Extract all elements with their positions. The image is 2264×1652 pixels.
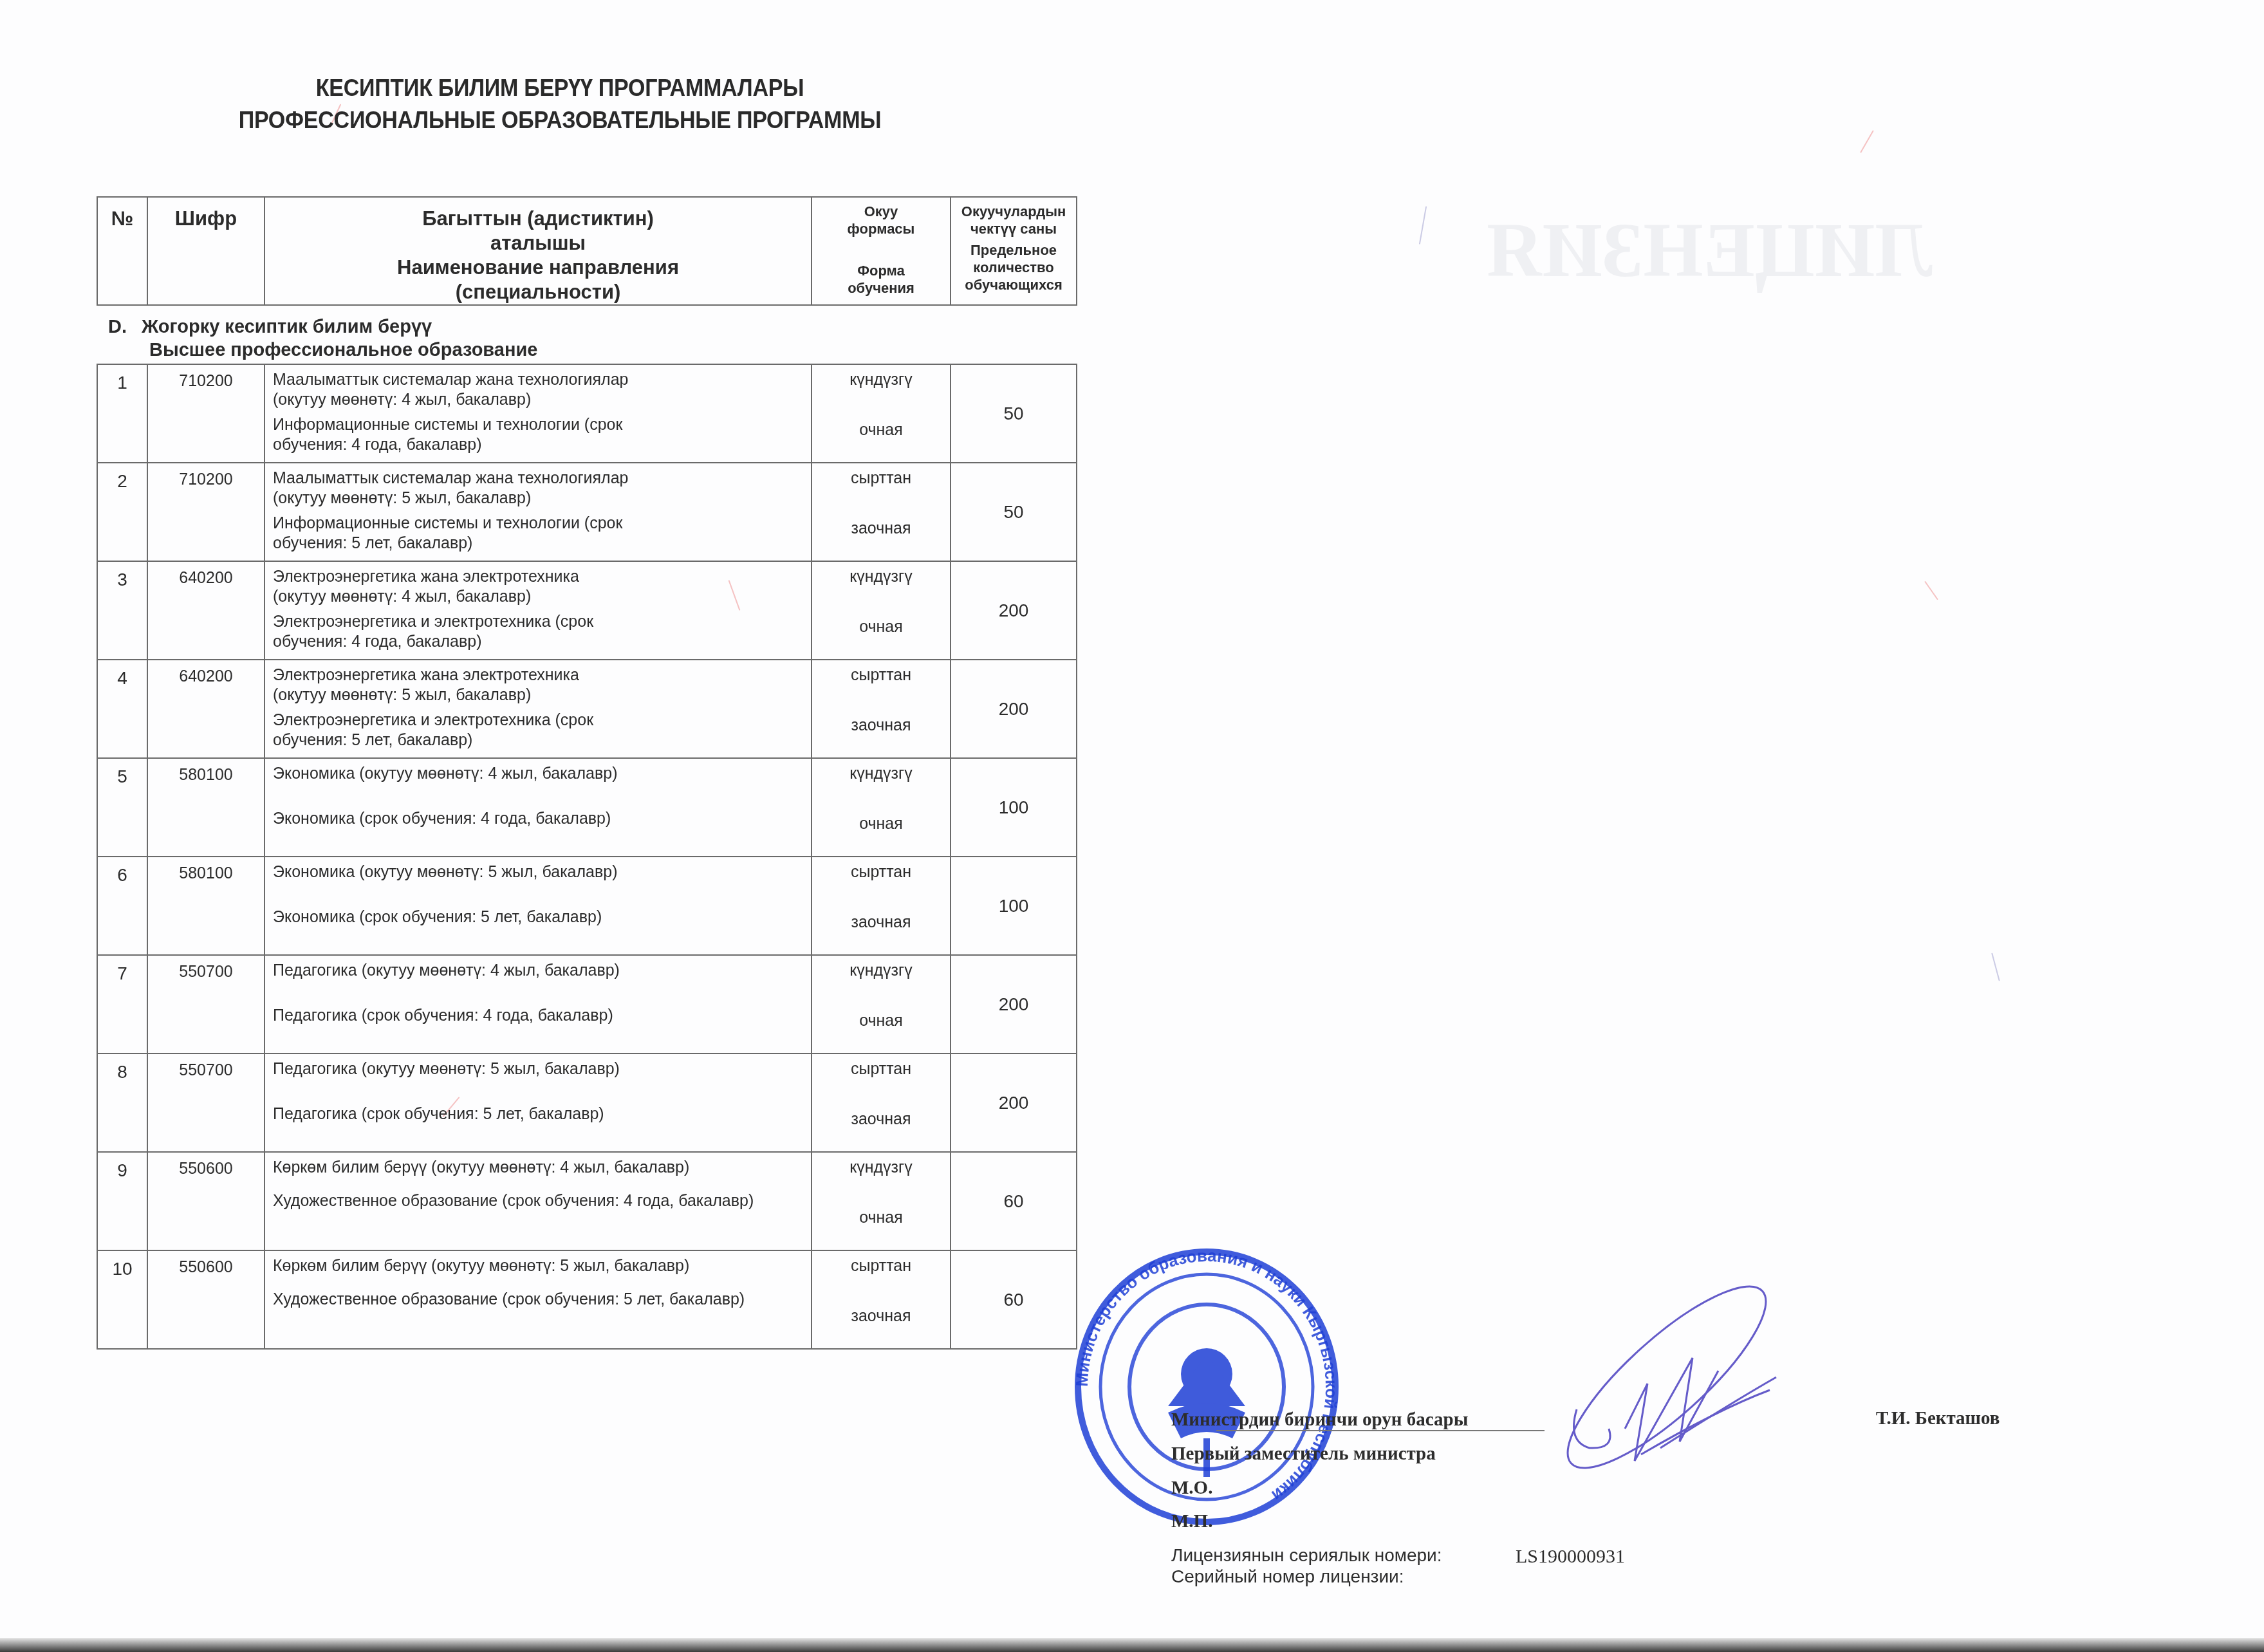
row-quantity: 200 xyxy=(951,660,1077,758)
handwritten-signature xyxy=(1564,1281,1834,1474)
row-number: 1 xyxy=(97,364,147,463)
form-russian: заочная xyxy=(812,913,950,933)
form-russian: заочная xyxy=(812,1306,950,1326)
name-russian: Информационные системы и технологии (сро… xyxy=(273,415,633,455)
row-name: Көркөм билим берүү (окутуу мөөнөтү: 5 жы… xyxy=(264,1250,812,1349)
form-russian: очная xyxy=(812,617,950,637)
row-cipher: 580100 xyxy=(147,758,264,857)
license-label-ru: Серийный номер лицензии: xyxy=(1171,1566,1442,1587)
header-quantity: Окуучулардын чектүү саны Предельное коли… xyxy=(951,197,1077,305)
row-form: күндүзгүочная xyxy=(812,561,951,660)
form-kyrgyz: күндүзгү xyxy=(812,961,950,981)
row-form: сырттанзаочная xyxy=(812,463,951,561)
form-russian: заочная xyxy=(812,1109,950,1129)
row-cipher: 710200 xyxy=(147,364,264,463)
row-number: 2 xyxy=(97,463,147,561)
show-through-text: ЛИЦЕНЗИЯ xyxy=(1487,206,1933,295)
name-kyrgyz: Электроэнергетика жана электротехника (о… xyxy=(273,567,633,607)
license-label: Лицензиянын сериялык номери: Серийный но… xyxy=(1171,1545,1442,1587)
row-cipher: 550600 xyxy=(147,1152,264,1250)
signer-name: Т.И. Бекташов xyxy=(1876,1408,2000,1429)
row-form: сырттанзаочная xyxy=(812,857,951,955)
seal-mark-ru: М.П. xyxy=(1171,1511,1212,1532)
row-number: 5 xyxy=(97,758,147,857)
license-serial-number: LS190000931 xyxy=(1516,1546,1625,1568)
scan-edge xyxy=(0,1638,2264,1652)
name-russian: Художественное образование (срок обучени… xyxy=(273,1290,762,1310)
document-title: КЕСИПТИК БИЛИМ БЕРҮҮ ПРОГРАММАЛАРЫ ПРОФЕ… xyxy=(45,72,1075,136)
title-kyrgyz: КЕСИПТИК БИЛИМ БЕРҮҮ ПРОГРАММАЛАРЫ xyxy=(45,72,1075,104)
row-quantity: 100 xyxy=(951,758,1077,857)
row-quantity: 200 xyxy=(951,955,1077,1053)
row-number: 6 xyxy=(97,857,147,955)
row-cipher: 550700 xyxy=(147,1053,264,1152)
form-russian: заочная xyxy=(812,716,950,736)
row-cipher: 550700 xyxy=(147,955,264,1053)
row-name: Экономика (окутуу мөөнөтү: 5 жыл, бакала… xyxy=(264,857,812,955)
title-russian: ПРОФЕССИОНАЛЬНЫЕ ОБРАЗОВАТЕЛЬНЫЕ ПРОГРАМ… xyxy=(45,104,1075,136)
row-name: Маалыматтык системалар жана технологияла… xyxy=(264,463,812,561)
form-kyrgyz: күндүзгү xyxy=(812,370,950,390)
form-kyrgyz: сырттан xyxy=(812,1059,950,1079)
section-heading: D.Жогорку кесиптик билим берүү Высшее пр… xyxy=(97,315,537,362)
form-russian: заочная xyxy=(812,519,950,539)
row-number: 8 xyxy=(97,1053,147,1152)
row-quantity: 100 xyxy=(951,857,1077,955)
form-kyrgyz: күндүзгү xyxy=(812,764,950,784)
form-kyrgyz: сырттан xyxy=(812,665,950,685)
row-form: сырттанзаочная xyxy=(812,1053,951,1152)
signer-position-ru: Первый заместитель министра xyxy=(1171,1443,1436,1465)
row-cipher: 580100 xyxy=(147,857,264,955)
row-quantity: 50 xyxy=(951,364,1077,463)
name-kyrgyz: Экономика (окутуу мөөнөтү: 4 жыл, бакала… xyxy=(273,764,806,784)
name-kyrgyz: Маалыматтык системалар жана технологияла… xyxy=(273,370,633,410)
section-title-ru: Высшее профессиональное образование xyxy=(97,339,537,362)
programs-table-header: № Шифр Багыттын (адистиктин) аталышы Наи… xyxy=(97,196,1077,306)
table-row: 7550700Педагогика (окутуу мөөнөтү: 4 жыл… xyxy=(97,955,1077,1053)
name-russian: Педагогика (срок обучения: 5 лет, бакала… xyxy=(273,1104,806,1124)
name-kyrgyz: Экономика (окутуу мөөнөтү: 5 жыл, бакала… xyxy=(273,862,806,882)
row-number: 9 xyxy=(97,1152,147,1250)
form-russian: очная xyxy=(812,1011,950,1031)
section-code: D. xyxy=(97,315,142,339)
row-number: 10 xyxy=(97,1250,147,1349)
row-form: күндүзгүочная xyxy=(812,364,951,463)
row-name: Маалыматтык системалар жана технологияла… xyxy=(264,364,812,463)
name-kyrgyz: Педагогика (окутуу мөөнөтү: 5 жыл, бакал… xyxy=(273,1059,806,1079)
table-row: 2710200Маалыматтык системалар жана техно… xyxy=(97,463,1077,561)
programs-table: 1710200Маалыматтык системалар жана техно… xyxy=(97,364,1077,1350)
row-quantity: 200 xyxy=(951,1053,1077,1152)
row-number: 7 xyxy=(97,955,147,1053)
header-name: Багыттын (адистиктин) аталышы Наименован… xyxy=(264,197,812,305)
row-form: сырттанзаочная xyxy=(812,1250,951,1349)
table-row: 10550600Көркөм билим берүү (окутуу мөөнө… xyxy=(97,1250,1077,1349)
row-quantity: 50 xyxy=(951,463,1077,561)
row-form: күндүзгүочная xyxy=(812,758,951,857)
row-quantity: 60 xyxy=(951,1250,1077,1349)
name-russian: Педагогика (срок обучения: 4 года, бакал… xyxy=(273,1006,806,1026)
form-kyrgyz: сырттан xyxy=(812,862,950,882)
name-kyrgyz: Педагогика (окутуу мөөнөтү: 4 жыл, бакал… xyxy=(273,961,806,981)
signature-line xyxy=(1216,1430,1545,1431)
row-number: 3 xyxy=(97,561,147,660)
table-row: 8550700Педагогика (окутуу мөөнөтү: 5 жыл… xyxy=(97,1053,1077,1152)
name-kyrgyz: Көркөм билим берүү (окутуу мөөнөтү: 5 жы… xyxy=(273,1256,806,1276)
form-russian: очная xyxy=(812,420,950,440)
table-row: 4640200Электроэнергетика жана электротех… xyxy=(97,660,1077,758)
form-kyrgyz: күндүзгү xyxy=(812,1158,950,1178)
form-kyrgyz: күндүзгү xyxy=(812,567,950,587)
name-russian: Электроэнергетика и электротехника (срок… xyxy=(273,612,633,652)
row-name: Экономика (окутуу мөөнөтү: 4 жыл, бакала… xyxy=(264,758,812,857)
table-row: 9550600Көркөм билим берүү (окутуу мөөнөт… xyxy=(97,1152,1077,1250)
row-quantity: 200 xyxy=(951,561,1077,660)
table-row: 1710200Маалыматтык системалар жана техно… xyxy=(97,364,1077,463)
signer-position-ky: Министрдин биринчи орун басары xyxy=(1171,1409,1468,1431)
header-form: Окуу формасы Форма обучения xyxy=(812,197,951,305)
form-kyrgyz: сырттан xyxy=(812,469,950,488)
license-label-ky: Лицензиянын сериялык номери: xyxy=(1171,1545,1442,1566)
name-russian: Электроэнергетика и электротехника (срок… xyxy=(273,710,633,750)
section-title-ky: Жогорку кесиптик билим берүү xyxy=(142,317,432,337)
table-row: 3640200Электроэнергетика жана электротех… xyxy=(97,561,1077,660)
row-form: күндүзгүочная xyxy=(812,955,951,1053)
form-kyrgyz: сырттан xyxy=(812,1256,950,1276)
form-russian: очная xyxy=(812,814,950,834)
row-name: Педагогика (окутуу мөөнөтү: 5 жыл, бакал… xyxy=(264,1053,812,1152)
name-kyrgyz: Көркөм билим берүү (окутуу мөөнөтү: 4 жы… xyxy=(273,1158,806,1178)
name-russian: Экономика (срок обучения: 5 лет, бакалав… xyxy=(273,907,806,927)
row-name: Электроэнергетика жана электротехника (о… xyxy=(264,561,812,660)
name-kyrgyz: Электроэнергетика жана электротехника (о… xyxy=(273,665,633,705)
row-cipher: 640200 xyxy=(147,660,264,758)
row-cipher: 710200 xyxy=(147,463,264,561)
form-russian: очная xyxy=(812,1208,950,1228)
name-russian: Информационные системы и технологии (сро… xyxy=(273,514,633,553)
row-quantity: 60 xyxy=(951,1152,1077,1250)
header-cipher: Шифр xyxy=(147,197,264,305)
row-name: Электроэнергетика жана электротехника (о… xyxy=(264,660,812,758)
name-russian: Художественное образование (срок обучени… xyxy=(273,1191,762,1211)
row-form: күндүзгүочная xyxy=(812,1152,951,1250)
row-cipher: 640200 xyxy=(147,561,264,660)
header-num: № xyxy=(97,197,147,305)
seal-mark-ky: М.О. xyxy=(1171,1478,1212,1499)
name-russian: Экономика (срок обучения: 4 года, бакала… xyxy=(273,809,806,829)
row-number: 4 xyxy=(97,660,147,758)
table-row: 5580100Экономика (окутуу мөөнөтү: 4 жыл,… xyxy=(97,758,1077,857)
row-name: Көркөм билим берүү (окутуу мөөнөтү: 4 жы… xyxy=(264,1152,812,1250)
row-form: сырттанзаочная xyxy=(812,660,951,758)
row-cipher: 550600 xyxy=(147,1250,264,1349)
name-kyrgyz: Маалыматтык системалар жана технологияла… xyxy=(273,469,633,508)
row-name: Педагогика (окутуу мөөнөтү: 4 жыл, бакал… xyxy=(264,955,812,1053)
table-row: 6580100Экономика (окутуу мөөнөтү: 5 жыл,… xyxy=(97,857,1077,955)
